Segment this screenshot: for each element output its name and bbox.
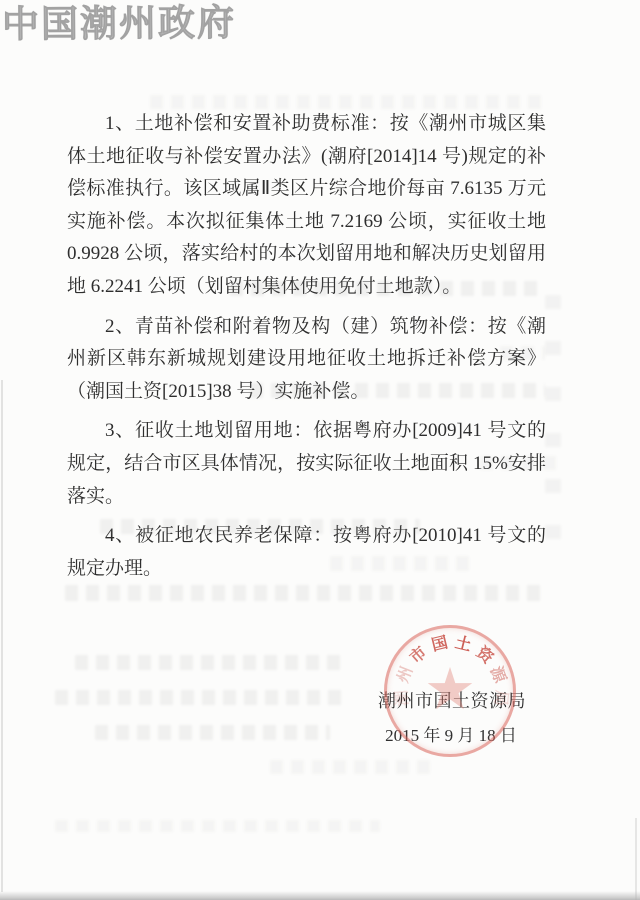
bleedthrough-ghost xyxy=(250,383,545,398)
bleedthrough-ghost xyxy=(230,281,545,296)
seal-arc-char: 国 xyxy=(429,633,451,657)
bleedthrough-ghost-column xyxy=(545,295,561,545)
scanned-document-page: 中国潮州政府 1、土地补偿和安置补助费标准：按《潮州市城区集体土地征收与补偿安置… xyxy=(0,0,640,900)
bleedthrough-ghost xyxy=(500,346,545,360)
bleedthrough-ghost xyxy=(100,519,420,534)
seal-arc-char: 源 xyxy=(484,663,509,687)
bleedthrough-ghost xyxy=(55,820,380,832)
paragraph-land-compensation: 1、土地补偿和安置补助费标准：按《潮州市城区集体土地征收与补偿安置办法》(潮府[… xyxy=(67,108,546,304)
bleedthrough-ghost xyxy=(330,556,470,571)
scan-edge-bottom xyxy=(0,891,640,900)
seal-arc-char: 土 xyxy=(452,633,474,657)
bleedthrough-ghost xyxy=(65,585,545,601)
bleedthrough-ghost xyxy=(75,655,345,670)
paragraph-reserved-land: 3、征收土地划留用地：依据粤府办[2009]41 号文的规定，结合市区具体情况，… xyxy=(67,415,546,513)
scan-edge-left xyxy=(1,380,3,892)
government-watermark-logo: 中国潮州政府 xyxy=(2,0,236,47)
issuing-authority-signature: 潮州市国土资源局 xyxy=(378,687,522,713)
bleedthrough-ghost xyxy=(270,760,430,774)
document-date: 2015 年 9 月 18 日 xyxy=(382,721,520,746)
scan-edge-right xyxy=(635,818,637,900)
bleedthrough-ghost xyxy=(55,690,345,705)
seal-arc-char: 州 xyxy=(393,663,418,687)
seal-arc-char: 市 xyxy=(406,642,433,669)
seal-arc-char: 资 xyxy=(470,642,497,669)
bleedthrough-ghost xyxy=(95,725,330,740)
bleedthrough-ghost xyxy=(150,95,545,109)
